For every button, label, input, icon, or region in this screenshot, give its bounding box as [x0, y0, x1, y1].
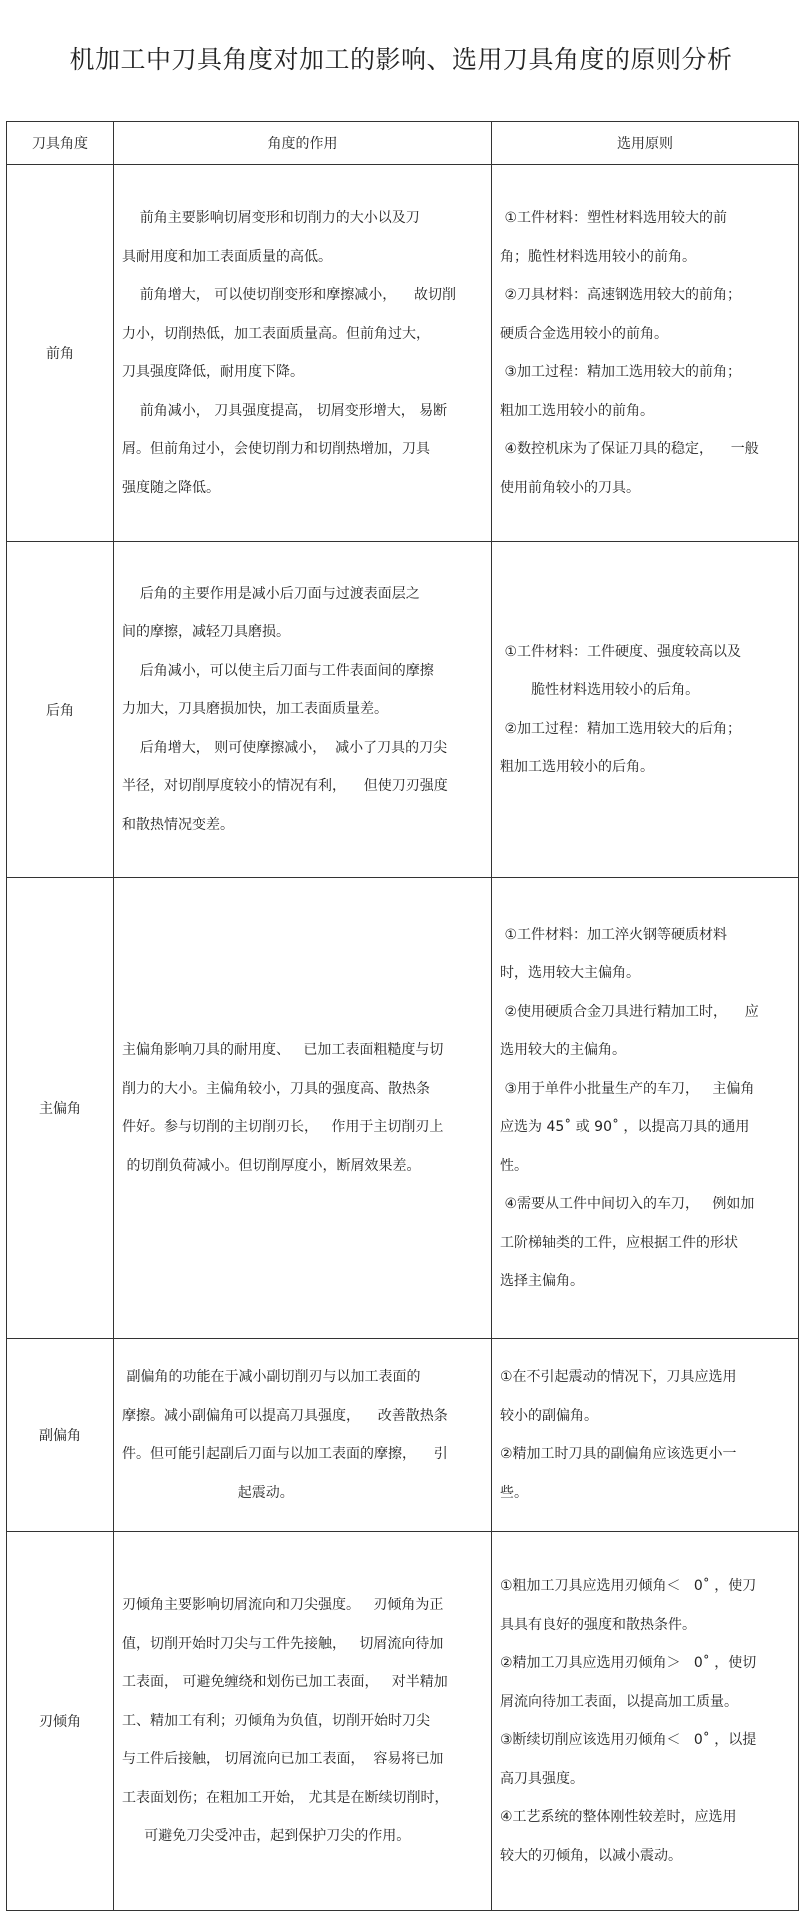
text-line: 选用较大的主偏角。 — [500, 1031, 786, 1070]
text-line: 削力的大小。主偏角较小，刀具的强度高、散热条 — [122, 1070, 479, 1109]
angle-name-cell: 刃倾角 — [7, 1532, 114, 1911]
header-selection-principle: 选用原则 — [492, 122, 799, 165]
text-line: 较小的副偏角。 — [500, 1397, 786, 1436]
angle-effect-cell: 副偏角的功能在于减小副切削刃与以加工表面的摩擦。减小副偏角可以提高刀具强度， 改… — [114, 1339, 492, 1532]
text-line: 应选为 45˚ 或 90˚ ，以提高刀具的通用 — [500, 1108, 786, 1147]
text-line: ①在不引起震动的情况下，刀具应选用 — [500, 1358, 786, 1397]
text-line: 屑流向待加工表面，以提高加工质量。 — [500, 1683, 786, 1722]
text-line: 主偏角影响刀具的耐用度、 已加工表面粗糙度与切 — [122, 1031, 479, 1070]
text-line: ③用于单件小批量生产的车刀， 主偏角 — [500, 1070, 786, 1109]
text-line: 起震动。 — [122, 1474, 479, 1513]
text-line: 较大的刃倾角，以减小震动。 — [500, 1837, 786, 1876]
table-row: 副偏角 副偏角的功能在于减小副切削刃与以加工表面的摩擦。减小副偏角可以提高刀具强… — [7, 1339, 799, 1532]
selection-principle-cell: ①工件材料：加工淬火钢等硬质材料时，选用较大主偏角。 ②使用硬质合金刀具进行精加… — [492, 878, 799, 1339]
text-line: ②刀具材料：高速钢选用较大的前角； — [500, 276, 786, 315]
text-line: 件。但可能引起副后刀面与以加工表面的摩擦， 引 — [122, 1435, 479, 1474]
angle-name-cell: 前角 — [7, 165, 114, 542]
text-line: 与工件后接触， 切屑流向已加工表面， 容易将已加 — [122, 1740, 479, 1779]
text-line: 值，切削开始时刀尖与工件先接触， 切屑流向待加 — [122, 1625, 479, 1664]
angle-effect-cell: 主偏角影响刀具的耐用度、 已加工表面粗糙度与切削力的大小。主偏角较小，刀具的强度… — [114, 878, 492, 1339]
text-line: ①工件材料：工件硬度、强度较高以及 — [500, 633, 786, 672]
table-row: 刃倾角刃倾角主要影响切屑流向和刀尖强度。 刃倾角为正值，切削开始时刀尖与工件先接… — [7, 1532, 799, 1911]
text-line: 工表面划伤；在粗加工开始， 尤其是在断续切削时， — [122, 1779, 479, 1818]
text-line: 后角的主要作用是减小后刀面与过渡表面层之 — [122, 575, 479, 614]
selection-principle-cell: ①工件材料：工件硬度、强度较高以及 脆性材料选用较小的后角。 ②加工过程：精加工… — [492, 542, 799, 878]
text-line: 后角减小，可以使主后刀面与工件表面间的摩擦 — [122, 652, 479, 691]
text-line: ③加工过程：精加工选用较大的前角； — [500, 353, 786, 392]
text-line: 和散热情况变差。 — [122, 806, 479, 845]
text-line: 些。 — [500, 1474, 786, 1513]
text-line: 力小，切削热低，加工表面质量高。但前角过大， — [122, 315, 479, 354]
text-line: 工表面， 可避免缠绕和划伤已加工表面， 对半精加 — [122, 1663, 479, 1702]
text-line: ①工件材料：加工淬火钢等硬质材料 — [500, 916, 786, 955]
text-line: 力加大，刀具磨损加快，加工表面质量差。 — [122, 690, 479, 729]
text-line: 高刀具强度。 — [500, 1760, 786, 1799]
table-header-row: 刀具角度 角度的作用 选用原则 — [7, 122, 799, 165]
text-line: ②使用硬质合金刀具进行精加工时， 应 — [500, 993, 786, 1032]
header-angle-effect: 角度的作用 — [114, 122, 492, 165]
text-line: 的切削负荷减小。但切削厚度小，断屑效果差。 — [122, 1147, 479, 1186]
text-line: 使用前角较小的刀具。 — [500, 469, 786, 508]
selection-principle-cell: ①工件材料：塑性材料选用较大的前角；脆性材料选用较小的前角。 ②刀具材料：高速钢… — [492, 165, 799, 542]
text-line: 角；脆性材料选用较小的前角。 — [500, 238, 786, 277]
text-line: 可避免刀尖受冲击，起到保护刀尖的作用。 — [122, 1817, 479, 1856]
text-line: ①粗加工刀具应选用刃倾角＜ 0˚ ，使刀 — [500, 1567, 786, 1606]
text-line: 强度随之降低。 — [122, 469, 479, 508]
angle-effect-cell: 后角的主要作用是减小后刀面与过渡表面层之间的摩擦，减轻刀具磨损。 后角减小，可以… — [114, 542, 492, 878]
text-line: 时，选用较大主偏角。 — [500, 954, 786, 993]
text-line: 屑。但前角过小，会使切削力和切削热增加，刀具 — [122, 430, 479, 469]
text-line: 间的摩擦，减轻刀具磨损。 — [122, 613, 479, 652]
text-line: ①工件材料：塑性材料选用较大的前 — [500, 199, 786, 238]
tool-angle-table: 刀具角度 角度的作用 选用原则 前角 前角主要影响切屑变形和切削力的大小以及刀具… — [6, 121, 799, 1911]
text-line: 工阶梯轴类的工件，应根据工件的形状 — [500, 1224, 786, 1263]
document-title: 机加工中刀具角度对加工的影响、选用刀具角度的原则分析 — [0, 40, 802, 80]
header-tool-angle: 刀具角度 — [7, 122, 114, 165]
text-line: 刃倾角主要影响切屑流向和刀尖强度。 刃倾角为正 — [122, 1586, 479, 1625]
text-line: 刀具强度降低，耐用度下降。 — [122, 353, 479, 392]
text-line: 后角增大， 则可使摩擦减小， 减小了刀具的刀尖 — [122, 729, 479, 768]
text-line: ②精加工时刀具的副偏角应该选更小一 — [500, 1435, 786, 1474]
text-line: 半径，对切削厚度较小的情况有利， 但使刀刃强度 — [122, 767, 479, 806]
text-line: 件好。参与切削的主切削刃长， 作用于主切削刃上 — [122, 1108, 479, 1147]
table-row: 后角 后角的主要作用是减小后刀面与过渡表面层之间的摩擦，减轻刀具磨损。 后角减小… — [7, 542, 799, 878]
text-line: 硬质合金选用较小的前角。 — [500, 315, 786, 354]
text-line: 具耐用度和加工表面质量的高低。 — [122, 238, 479, 277]
angle-name-cell: 副偏角 — [7, 1339, 114, 1532]
text-line: 选择主偏角。 — [500, 1262, 786, 1301]
text-line: 前角主要影响切屑变形和切削力的大小以及刀 — [122, 199, 479, 238]
text-line: 具具有良好的强度和散热条件。 — [500, 1606, 786, 1645]
selection-principle-cell: ①粗加工刀具应选用刃倾角＜ 0˚ ，使刀具具有良好的强度和散热条件。②精加工刀具… — [492, 1532, 799, 1911]
text-line: ④工艺系统的整体刚性较差时，应选用 — [500, 1798, 786, 1837]
text-line: ②精加工刀具应选用刃倾角＞ 0˚ ，使切 — [500, 1644, 786, 1683]
text-line: 前角增大， 可以使切削变形和摩擦减小， 故切削 — [122, 276, 479, 315]
text-line: ②加工过程：精加工选用较大的后角； — [500, 710, 786, 749]
text-line: 摩擦。减小副偏角可以提高刀具强度， 改善散热条 — [122, 1397, 479, 1436]
angle-effect-cell: 刃倾角主要影响切屑流向和刀尖强度。 刃倾角为正值，切削开始时刀尖与工件先接触， … — [114, 1532, 492, 1911]
angle-name-cell: 后角 — [7, 542, 114, 878]
table-row: 前角 前角主要影响切屑变形和切削力的大小以及刀具耐用度和加工表面质量的高低。 前… — [7, 165, 799, 542]
text-line: ④需要从工件中间切入的车刀， 例如加 — [500, 1185, 786, 1224]
text-line: 副偏角的功能在于减小副切削刃与以加工表面的 — [122, 1358, 479, 1397]
text-line: 工、精加工有利；刃倾角为负值，切削开始时刀尖 — [122, 1702, 479, 1741]
text-line: 性。 — [500, 1147, 786, 1186]
text-line: ③断续切削应该选用刃倾角＜ 0˚ ，以提 — [500, 1721, 786, 1760]
text-line: ④数控机床为了保证刀具的稳定， 一般 — [500, 430, 786, 469]
angle-effect-cell: 前角主要影响切屑变形和切削力的大小以及刀具耐用度和加工表面质量的高低。 前角增大… — [114, 165, 492, 542]
text-line: 粗加工选用较小的后角。 — [500, 748, 786, 787]
angle-name-cell: 主偏角 — [7, 878, 114, 1339]
selection-principle-cell: ①在不引起震动的情况下，刀具应选用较小的副偏角。②精加工时刀具的副偏角应该选更小… — [492, 1339, 799, 1532]
text-line: 脆性材料选用较小的后角。 — [500, 671, 786, 710]
text-line: 前角减小， 刀具强度提高， 切屑变形增大， 易断 — [122, 392, 479, 431]
text-line: 粗加工选用较小的前角。 — [500, 392, 786, 431]
table-row: 主偏角主偏角影响刀具的耐用度、 已加工表面粗糙度与切削力的大小。主偏角较小，刀具… — [7, 878, 799, 1339]
